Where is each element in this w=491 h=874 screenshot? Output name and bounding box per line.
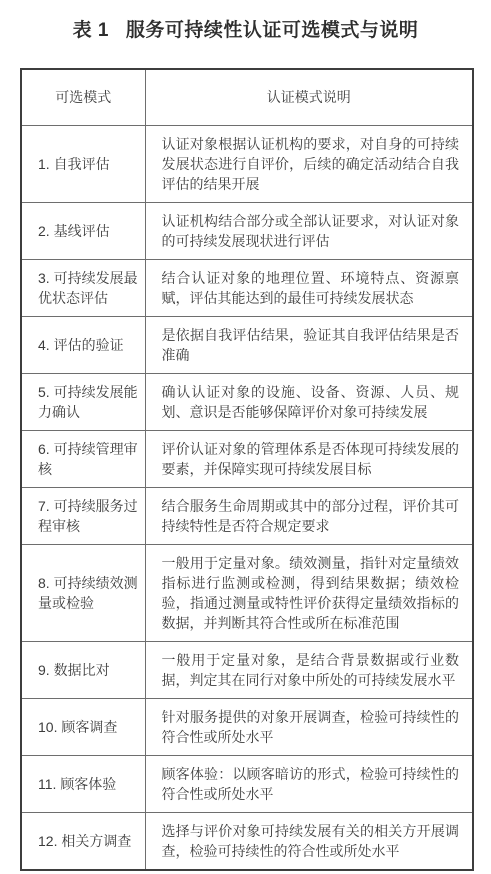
table-title: 表 1服务可持续性认证可选模式与说明 [0, 15, 491, 42]
mode-cell: 3. 可持续发展最优状态评估 [21, 259, 145, 316]
table-row: 2. 基线评估 认证机构结合部分或全部认证要求，对认证对象的可持续发展现状进行评… [21, 202, 473, 259]
column-header-mode: 可选模式 [21, 69, 145, 125]
mode-cell: 11. 顾客体验 [21, 755, 145, 812]
table-row: 12. 相关方调查 选择与评价对象可持续发展有关的相关方开展调查，检验可持续性的… [21, 812, 473, 870]
mode-cell: 2. 基线评估 [21, 202, 145, 259]
description-cell: 是依据自我评估结果，验证其自我评估结果是否准确 [145, 316, 473, 373]
table-row: 6. 可持续管理审核 评价认证对象的管理体系是否体现可持续发展的要素，并保障实现… [21, 430, 473, 487]
mode-cell: 12. 相关方调查 [21, 812, 145, 870]
description-cell: 结合服务生命周期或其中的部分过程，评价其可持续特性是否符合规定要求 [145, 487, 473, 544]
description-cell: 针对服务提供的对象开展调查，检验可持续性的符合性或所处水平 [145, 698, 473, 755]
table-row: 7. 可持续服务过程审核 结合服务生命周期或其中的部分过程，评价其可持续特性是否… [21, 487, 473, 544]
mode-cell: 4. 评估的验证 [21, 316, 145, 373]
table-row: 10. 顾客调查 针对服务提供的对象开展调查，检验可持续性的符合性或所处水平 [21, 698, 473, 755]
description-cell: 结合认证对象的地理位置、环境特点、资源禀赋，评估其能达到的最佳可持续发展状态 [145, 259, 473, 316]
table-row: 11. 顾客体验 顾客体验：以顾客暗访的形式，检验可持续性的符合性或所处水平 [21, 755, 473, 812]
table-row: 5. 可持续发展能力确认 确认认证对象的设施、设备、资源、人员、规划、意识是否能… [21, 373, 473, 430]
mode-cell: 1. 自我评估 [21, 125, 145, 202]
table-row: 3. 可持续发展最优状态评估 结合认证对象的地理位置、环境特点、资源禀赋，评估其… [21, 259, 473, 316]
description-cell: 认证对象根据认证机构的要求，对自身的可持续发展状态进行自评价，后续的确定活动结合… [145, 125, 473, 202]
description-cell: 一般用于定量对象，是结合背景数据或行业数据，判定其在同行对象中所处的可持续发展水… [145, 641, 473, 698]
table-header-row: 可选模式 认证模式说明 [21, 69, 473, 125]
table-number: 表 1 [73, 20, 109, 41]
description-cell: 选择与评价对象可持续发展有关的相关方开展调查，检验可持续性的符合性或所处水平 [145, 812, 473, 870]
mode-cell: 6. 可持续管理审核 [21, 430, 145, 487]
table-title-text: 服务可持续性认证可选模式与说明 [126, 20, 419, 41]
mode-cell: 9. 数据比对 [21, 641, 145, 698]
description-cell: 确认认证对象的设施、设备、资源、人员、规划、意识是否能够保障评价对象可持续发展 [145, 373, 473, 430]
mode-cell: 10. 顾客调查 [21, 698, 145, 755]
description-cell: 一般用于定量对象。绩效测量，指针对定量绩效指标进行监测或检测，得到结果数据；绩效… [145, 544, 473, 641]
column-header-description: 认证模式说明 [145, 69, 473, 125]
mode-cell: 8. 可持续绩效测量或检验 [21, 544, 145, 641]
table-row: 1. 自我评估 认证对象根据认证机构的要求，对自身的可持续发展状态进行自评价，后… [21, 125, 473, 202]
mode-cell: 5. 可持续发展能力确认 [21, 373, 145, 430]
table-row: 4. 评估的验证 是依据自我评估结果，验证其自我评估结果是否准确 [21, 316, 473, 373]
certification-modes-table: 可选模式 认证模式说明 1. 自我评估 认证对象根据认证机构的要求，对自身的可持… [20, 68, 474, 871]
description-cell: 认证机构结合部分或全部认证要求，对认证对象的可持续发展现状进行评估 [145, 202, 473, 259]
table-row: 8. 可持续绩效测量或检验 一般用于定量对象。绩效测量，指针对定量绩效指标进行监… [21, 544, 473, 641]
mode-cell: 7. 可持续服务过程审核 [21, 487, 145, 544]
description-cell: 顾客体验：以顾客暗访的形式，检验可持续性的符合性或所处水平 [145, 755, 473, 812]
table-row: 9. 数据比对 一般用于定量对象，是结合背景数据或行业数据，判定其在同行对象中所… [21, 641, 473, 698]
description-cell: 评价认证对象的管理体系是否体现可持续发展的要素，并保障实现可持续发展目标 [145, 430, 473, 487]
